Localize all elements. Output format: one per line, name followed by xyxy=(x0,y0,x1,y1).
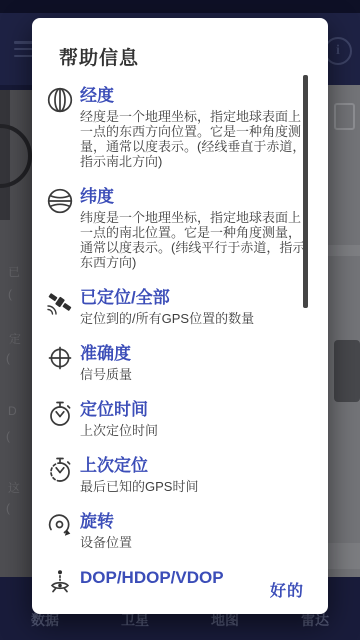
help-item: 经度 经度是一个地理坐标，指定地球表面上一点的东西方向位置。它是一种角度测量，通… xyxy=(45,85,306,169)
tab-map[interactable]: 地图 xyxy=(180,610,270,640)
background-text-fragment: ( xyxy=(6,430,10,442)
background-text-fragment: 定 xyxy=(9,333,21,345)
help-item-description: 上次定位时间 xyxy=(80,423,306,438)
help-item: 纬度 纬度是一个地理坐标，指定地球表面上一点的南北位置。它是一种角度测量，通常以… xyxy=(45,186,306,270)
help-item-title: 经度 xyxy=(80,85,306,107)
background-text-fragment: 这 xyxy=(8,482,20,494)
help-item-title: 上次定位 xyxy=(80,455,306,477)
satellite-icon xyxy=(45,287,75,317)
history-timer-icon xyxy=(45,455,75,485)
background-band xyxy=(328,245,360,256)
background-content-left: 已(定(D(这( xyxy=(0,90,32,577)
background-dark-card xyxy=(334,340,360,402)
help-item: 已定位/全部 定位到的/所有GPS位置的数量 xyxy=(45,287,306,326)
timer-icon xyxy=(45,399,75,429)
help-item: 定位时间 上次定位时间 xyxy=(45,399,306,438)
help-item-title: 旋转 xyxy=(80,511,306,533)
hamburger-icon[interactable] xyxy=(14,41,34,57)
tab-satellite[interactable]: 卫星 xyxy=(90,610,180,640)
accuracy-icon xyxy=(45,343,75,373)
ok-button[interactable]: 好的 xyxy=(270,583,304,600)
background-text-fragment: ( xyxy=(8,288,12,300)
background-band xyxy=(328,543,360,569)
tab-radar[interactable]: 雷达 xyxy=(270,610,360,640)
status-bar xyxy=(0,0,360,13)
help-item-title: 已定位/全部 xyxy=(80,287,306,309)
help-item-description: 最后已知的GPS时间 xyxy=(80,479,306,494)
help-item-description: 定位到的/所有GPS位置的数量 xyxy=(80,311,306,326)
help-item-title: 定位时间 xyxy=(80,399,306,421)
help-item-title: 准确度 xyxy=(80,343,306,365)
background-frame-icon xyxy=(334,103,355,130)
latitude-icon xyxy=(45,186,75,216)
help-item: 准确度 信号质量 xyxy=(45,343,306,382)
longitude-icon xyxy=(45,85,75,115)
dialog-footer: 好的 xyxy=(270,578,304,601)
help-item-description: 信号质量 xyxy=(80,367,306,382)
dialog-scrollbar[interactable] xyxy=(303,75,308,308)
help-item-description: 设备位置 xyxy=(80,535,306,550)
help-item-title: 纬度 xyxy=(80,186,306,208)
dialog-title: 帮助信息 xyxy=(32,18,328,83)
background-text-fragment: D xyxy=(8,405,17,417)
help-item: DOP/HDOP/VDOP xyxy=(45,567,306,597)
help-dialog: 帮助信息 经度 经度是一个地理坐标，指定地球表面上一点的东西方向位置。它是一种角… xyxy=(32,18,328,614)
help-item: 上次定位 最后已知的GPS时间 xyxy=(45,455,306,494)
tab-data[interactable]: 数据 xyxy=(0,610,90,640)
background-text-fragment: ( xyxy=(6,352,10,364)
info-icon[interactable]: i xyxy=(324,37,352,65)
help-list: 经度 经度是一个地理坐标，指定地球表面上一点的东西方向位置。它是一种角度测量，通… xyxy=(32,83,328,597)
dop-icon xyxy=(45,567,75,597)
help-item-description: 经度是一个地理坐标，指定地球表面上一点的东西方向位置。它是一种角度测量，通常以度… xyxy=(80,109,306,169)
help-item: 旋转 设备位置 xyxy=(45,511,306,550)
help-item-description: 纬度是一个地理坐标，指定地球表面上一点的南北位置。它是一种角度测量，通常以度表示… xyxy=(80,210,306,270)
background-content-right xyxy=(328,85,360,577)
background-text-fragment: 已 xyxy=(8,266,20,278)
compass-gauge-edge xyxy=(0,124,32,188)
rotation-icon xyxy=(45,511,75,541)
background-text-fragment: ( xyxy=(6,502,10,514)
screen: i 已(定(D(这( 数据 卫星 地图 雷达 帮助信息 经度 经度是一个地理坐标… xyxy=(0,0,360,640)
